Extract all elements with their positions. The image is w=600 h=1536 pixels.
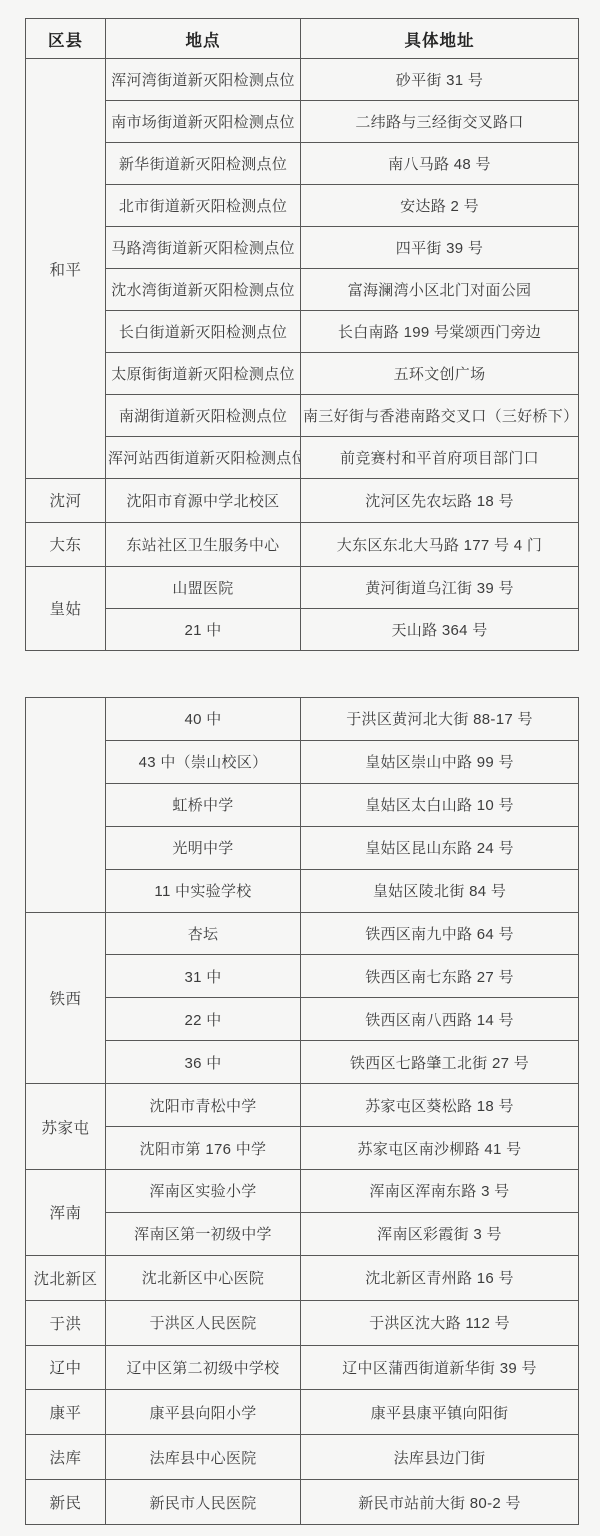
table-row: 辽中辽中区第二初级中学校辽中区蒲西街道新华街 39 号 xyxy=(26,1345,579,1390)
address-cell: 沈北新区青州路 16 号 xyxy=(301,1255,579,1300)
district-cell: 大东 xyxy=(26,522,106,566)
table-row: 太原街街道新灭阳检测点位五环文创广场 xyxy=(26,353,579,395)
location-cell: 沈北新区中心医院 xyxy=(106,1255,301,1300)
table-row: 沈阳市第 176 中学苏家屯区南沙柳路 41 号 xyxy=(26,1127,579,1170)
address-cell: 铁西区南八西路 14 号 xyxy=(301,998,579,1041)
table-row: 大东东站社区卫生服务中心大东区东北大马路 177 号 4 门 xyxy=(26,522,579,566)
district-cell: 浑南 xyxy=(26,1169,106,1255)
address-cell: 铁西区南九中路 64 号 xyxy=(301,912,579,955)
address-cell: 苏家屯区南沙柳路 41 号 xyxy=(301,1127,579,1170)
location-cell: 辽中区第二初级中学校 xyxy=(106,1345,301,1390)
address-cell: 于洪区黄河北大街 88-17 号 xyxy=(301,698,579,741)
table-row: 虹桥中学皇姑区太白山路 10 号 xyxy=(26,783,579,826)
header-location: 地点 xyxy=(106,19,301,59)
address-cell: 皇姑区昆山东路 24 号 xyxy=(301,826,579,869)
address-cell: 五环文创广场 xyxy=(301,353,579,395)
district-cell: 康平 xyxy=(26,1390,106,1435)
table-row: 于洪于洪区人民医院于洪区沈大路 112 号 xyxy=(26,1300,579,1345)
location-cell: 光明中学 xyxy=(106,826,301,869)
district-cell: 沈北新区 xyxy=(26,1255,106,1300)
address-cell: 安达路 2 号 xyxy=(301,185,579,227)
location-cell: 22 中 xyxy=(106,998,301,1041)
location-cell: 浑南区第一初级中学 xyxy=(106,1212,301,1255)
location-cell: 于洪区人民医院 xyxy=(106,1300,301,1345)
header-district: 区县 xyxy=(26,19,106,59)
location-cell: 浑南区实验小学 xyxy=(106,1169,301,1212)
address-cell: 浑南区彩霞街 3 号 xyxy=(301,1212,579,1255)
table-2-body: 40 中于洪区黄河北大街 88-17 号43 中（崇山校区）皇姑区崇山中路 99… xyxy=(26,698,579,1525)
location-cell: 南湖街道新灭阳检测点位 xyxy=(106,395,301,437)
location-cell: 浑河站西街道新灭阳检测点位 xyxy=(106,437,301,479)
address-cell: 南八马路 48 号 xyxy=(301,143,579,185)
address-cell: 新民市站前大街 80-2 号 xyxy=(301,1480,579,1525)
location-cell: 11 中实验学校 xyxy=(106,869,301,912)
address-cell: 天山路 364 号 xyxy=(301,608,579,650)
location-cell: 沈阳市青松中学 xyxy=(106,1084,301,1127)
location-cell: 沈水湾街道新灭阳检测点位 xyxy=(106,269,301,311)
table-1-body: 和平浑河湾街道新灭阳检测点位砂平街 31 号南市场街道新灭阳检测点位二纬路与三经… xyxy=(26,59,579,651)
table-row: 北市街道新灭阳检测点位安达路 2 号 xyxy=(26,185,579,227)
address-cell: 法库县边门街 xyxy=(301,1435,579,1480)
table-row: 沈北新区沈北新区中心医院沈北新区青州路 16 号 xyxy=(26,1255,579,1300)
table-row: 31 中铁西区南七东路 27 号 xyxy=(26,955,579,998)
address-cell: 前竞赛村和平首府项目部门口 xyxy=(301,437,579,479)
table-row: 43 中（崇山校区）皇姑区崇山中路 99 号 xyxy=(26,740,579,783)
table-header-row: 区县 地点 具体地址 xyxy=(26,19,579,59)
location-cell: 新民市人民医院 xyxy=(106,1480,301,1525)
header-address: 具体地址 xyxy=(301,19,579,59)
location-cell: 长白街道新灭阳检测点位 xyxy=(106,311,301,353)
testing-sites-table-2: 40 中于洪区黄河北大街 88-17 号43 中（崇山校区）皇姑区崇山中路 99… xyxy=(25,697,579,1525)
table-row: 浑南浑南区实验小学浑南区浑南东路 3 号 xyxy=(26,1169,579,1212)
location-cell: 南市场街道新灭阳检测点位 xyxy=(106,101,301,143)
address-cell: 铁西区南七东路 27 号 xyxy=(301,955,579,998)
district-cell: 铁西 xyxy=(26,912,106,1084)
table-row: 南市场街道新灭阳检测点位二纬路与三经街交叉路口 xyxy=(26,101,579,143)
table-row: 康平康平县向阳小学康平县康平镇向阳街 xyxy=(26,1390,579,1435)
location-cell: 36 中 xyxy=(106,1041,301,1084)
address-cell: 二纬路与三经街交叉路口 xyxy=(301,101,579,143)
address-cell: 康平县康平镇向阳街 xyxy=(301,1390,579,1435)
address-cell: 南三好街与香港南路交叉口（三好桥下） xyxy=(301,395,579,437)
district-cell xyxy=(26,698,106,913)
table-row: 沈水湾街道新灭阳检测点位富海澜湾小区北门对面公园 xyxy=(26,269,579,311)
address-cell: 长白南路 199 号棠颂西门旁边 xyxy=(301,311,579,353)
table-row: 苏家屯沈阳市青松中学苏家屯区葵松路 18 号 xyxy=(26,1084,579,1127)
table-row: 浑南区第一初级中学浑南区彩霞街 3 号 xyxy=(26,1212,579,1255)
testing-sites-table-1: 区县 地点 具体地址 和平浑河湾街道新灭阳检测点位砂平街 31 号南市场街道新灭… xyxy=(25,18,579,651)
table-row: 22 中铁西区南八西路 14 号 xyxy=(26,998,579,1041)
district-cell: 新民 xyxy=(26,1480,106,1525)
table-row: 11 中实验学校皇姑区陵北街 84 号 xyxy=(26,869,579,912)
address-cell: 铁西区七路肇工北街 27 号 xyxy=(301,1041,579,1084)
table-row: 法库法库县中心医院法库县边门街 xyxy=(26,1435,579,1480)
location-cell: 东站社区卫生服务中心 xyxy=(106,522,301,566)
district-cell: 辽中 xyxy=(26,1345,106,1390)
table-row: 沈河沈阳市育源中学北校区沈河区先农坛路 18 号 xyxy=(26,479,579,523)
district-cell: 于洪 xyxy=(26,1300,106,1345)
table-row: 和平浑河湾街道新灭阳检测点位砂平街 31 号 xyxy=(26,59,579,101)
location-cell: 太原街街道新灭阳检测点位 xyxy=(106,353,301,395)
location-cell: 杏坛 xyxy=(106,912,301,955)
location-cell: 法库县中心医院 xyxy=(106,1435,301,1480)
table-row: 马路湾街道新灭阳检测点位四平街 39 号 xyxy=(26,227,579,269)
address-cell: 浑南区浑南东路 3 号 xyxy=(301,1169,579,1212)
location-cell: 沈阳市第 176 中学 xyxy=(106,1127,301,1170)
district-cell: 法库 xyxy=(26,1435,106,1480)
district-cell: 皇姑 xyxy=(26,566,106,650)
location-cell: 马路湾街道新灭阳检测点位 xyxy=(106,227,301,269)
testing-sites-page: 区县 地点 具体地址 和平浑河湾街道新灭阳检测点位砂平街 31 号南市场街道新灭… xyxy=(0,0,600,1536)
table-row: 南湖街道新灭阳检测点位南三好街与香港南路交叉口（三好桥下） xyxy=(26,395,579,437)
location-cell: 新华街道新灭阳检测点位 xyxy=(106,143,301,185)
table-row: 长白街道新灭阳检测点位长白南路 199 号棠颂西门旁边 xyxy=(26,311,579,353)
location-cell: 43 中（崇山校区） xyxy=(106,740,301,783)
table-row: 皇姑山盟医院黄河街道乌江街 39 号 xyxy=(26,566,579,608)
table-row: 浑河站西街道新灭阳检测点位前竞赛村和平首府项目部门口 xyxy=(26,437,579,479)
table-row: 新民新民市人民医院新民市站前大街 80-2 号 xyxy=(26,1480,579,1525)
address-cell: 大东区东北大马路 177 号 4 门 xyxy=(301,522,579,566)
address-cell: 皇姑区太白山路 10 号 xyxy=(301,783,579,826)
district-cell: 和平 xyxy=(26,59,106,479)
address-cell: 于洪区沈大路 112 号 xyxy=(301,1300,579,1345)
address-cell: 皇姑区陵北街 84 号 xyxy=(301,869,579,912)
address-cell: 富海澜湾小区北门对面公园 xyxy=(301,269,579,311)
table-row: 铁西杏坛铁西区南九中路 64 号 xyxy=(26,912,579,955)
location-cell: 山盟医院 xyxy=(106,566,301,608)
address-cell: 四平街 39 号 xyxy=(301,227,579,269)
location-cell: 浑河湾街道新灭阳检测点位 xyxy=(106,59,301,101)
address-cell: 皇姑区崇山中路 99 号 xyxy=(301,740,579,783)
table-row: 21 中天山路 364 号 xyxy=(26,608,579,650)
location-cell: 21 中 xyxy=(106,608,301,650)
address-cell: 砂平街 31 号 xyxy=(301,59,579,101)
location-cell: 31 中 xyxy=(106,955,301,998)
address-cell: 黄河街道乌江街 39 号 xyxy=(301,566,579,608)
table-row: 36 中铁西区七路肇工北街 27 号 xyxy=(26,1041,579,1084)
address-cell: 辽中区蒲西街道新华街 39 号 xyxy=(301,1345,579,1390)
address-cell: 苏家屯区葵松路 18 号 xyxy=(301,1084,579,1127)
address-cell: 沈河区先农坛路 18 号 xyxy=(301,479,579,523)
table-row: 40 中于洪区黄河北大街 88-17 号 xyxy=(26,698,579,741)
location-cell: 北市街道新灭阳检测点位 xyxy=(106,185,301,227)
location-cell: 康平县向阳小学 xyxy=(106,1390,301,1435)
location-cell: 40 中 xyxy=(106,698,301,741)
table-row: 新华街道新灭阳检测点位南八马路 48 号 xyxy=(26,143,579,185)
district-cell: 苏家屯 xyxy=(26,1084,106,1170)
location-cell: 虹桥中学 xyxy=(106,783,301,826)
table-row: 光明中学皇姑区昆山东路 24 号 xyxy=(26,826,579,869)
district-cell: 沈河 xyxy=(26,479,106,523)
location-cell: 沈阳市育源中学北校区 xyxy=(106,479,301,523)
